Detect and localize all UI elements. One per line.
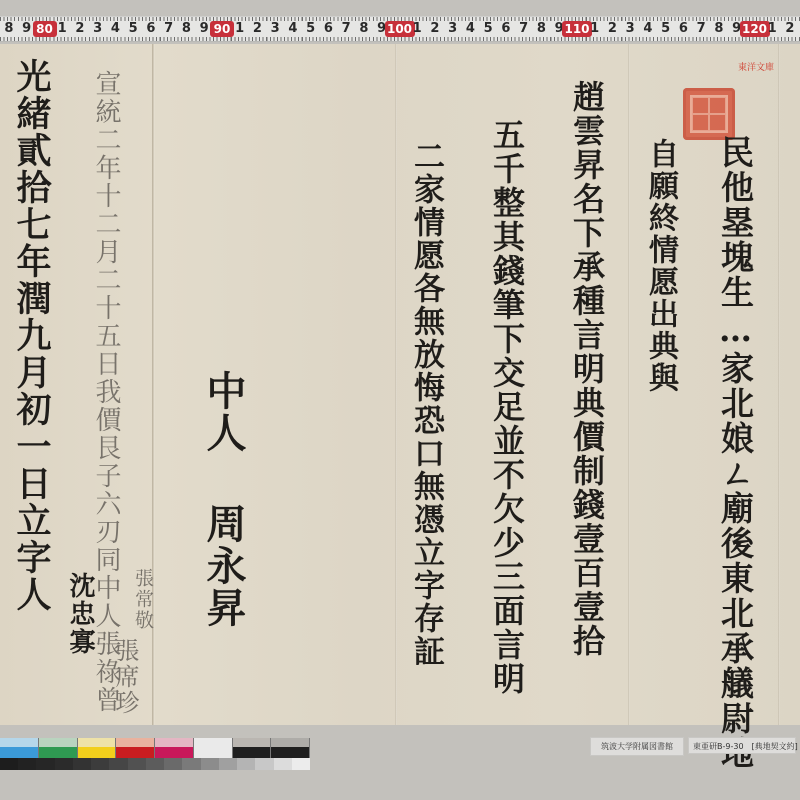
gray-step-patch — [91, 758, 109, 770]
gray-step-patch — [274, 758, 292, 770]
gray-step-patch — [109, 758, 127, 770]
gray-step-patch — [18, 758, 36, 770]
ruler-mark: 2 — [249, 21, 267, 37]
color-patch — [39, 738, 78, 758]
gray-step-patch — [146, 758, 164, 770]
red-seal-stamp — [683, 88, 735, 140]
ruler-mark: 5 — [302, 21, 320, 37]
fold-line — [778, 44, 780, 725]
ruler-mark: 3 — [266, 21, 284, 37]
ruler-mark: 1 — [763, 21, 781, 37]
ruler-mark: 3 — [89, 21, 107, 37]
color-patch — [116, 738, 155, 758]
middleman-signature: 中人 周永昇 — [195, 370, 252, 629]
ruler-mark: 2 — [781, 21, 799, 37]
measuring-ruler: 8980123456789901234567891001234567891101… — [0, 16, 800, 42]
ruler-mark: 1 — [586, 21, 604, 37]
text-column-3: 趙雲昇名下承種言明典價制錢壹百壹拾 — [564, 80, 610, 658]
ruler-mark: 6 — [675, 21, 693, 37]
text-column-4: 五千整其錢筆下交足並不欠少三面言明 — [484, 118, 530, 696]
gray-step-patch — [55, 758, 73, 770]
annotation-name-1: 張常敬 — [130, 568, 157, 631]
ruler-mark: 1 — [53, 21, 71, 37]
ruler-mark: 8 — [355, 21, 373, 37]
library-label: 筑波大学附属図書館 — [590, 737, 684, 756]
ruler-mark: 2 — [426, 21, 444, 37]
ruler-mark: 4 — [639, 21, 657, 37]
ruler-mark: 8 — [178, 21, 196, 37]
ruler-mark: 3 — [444, 21, 462, 37]
ruler-mark: 2 — [604, 21, 622, 37]
gray-step-patch — [128, 758, 146, 770]
ruler-mark: 4 — [462, 21, 480, 37]
color-patch — [271, 738, 310, 758]
gray-step-patch — [0, 758, 18, 770]
color-patch — [78, 738, 117, 758]
gray-step-patch — [73, 758, 91, 770]
color-patch — [233, 738, 272, 758]
ruler-mark: 7 — [337, 21, 355, 37]
ruler-mark: 7 — [160, 21, 178, 37]
ruler-mark: 4 — [107, 21, 125, 37]
ruler-mark: 6 — [497, 21, 515, 37]
text-column-2: 自願終情愿出典與 — [638, 138, 682, 394]
fold-line — [628, 44, 630, 725]
catalog-label: 東亜研B-9-30 [典地契文約] — [688, 737, 796, 754]
ruler-mark: 6 — [142, 21, 160, 37]
text-column-5: 二家情愿各無放悔恐口無憑立字存証 — [404, 140, 449, 668]
gray-step-patch — [237, 758, 255, 770]
ruler-mark: 1 — [231, 21, 249, 37]
gray-step-patch — [219, 758, 237, 770]
ruler-mark: 8 — [710, 21, 728, 37]
ruler-mark: 7 — [692, 21, 710, 37]
gray-step-patch — [182, 758, 200, 770]
ruler-mark: 4 — [284, 21, 302, 37]
ruler-mark: 5 — [124, 21, 142, 37]
gray-step-patch — [36, 758, 54, 770]
ruler-mark: 8 — [533, 21, 551, 37]
text-column-1: 民他塁塊生…家北娘ㄥ廟後東北承艤尉地 — [712, 135, 759, 771]
gray-step-patch — [292, 758, 310, 770]
signer-name: 沈忠寡 — [62, 572, 99, 656]
color-patch — [155, 738, 194, 758]
color-patch — [194, 738, 233, 758]
ruler-mark: 6 — [320, 21, 338, 37]
color-patch — [0, 738, 39, 758]
ruler-mark: 8 — [0, 21, 18, 37]
ruler-mark: 5 — [657, 21, 675, 37]
gray-step-patch — [164, 758, 182, 770]
gray-step-patch — [255, 758, 273, 770]
ruler-mark: 3 — [621, 21, 639, 37]
annotation-name-2: 張席珍 — [108, 638, 143, 716]
fold-line — [395, 44, 397, 725]
color-calibration-chart — [0, 738, 310, 770]
ruler-mark: 5 — [479, 21, 497, 37]
ruler-mark: 2 — [71, 21, 89, 37]
date-signer-column: 光緒貳拾七年潤九月初一日立字人 — [6, 58, 56, 613]
ruler-mark: 1 — [408, 21, 426, 37]
gray-step-patch — [201, 758, 219, 770]
collection-stamp: 東洋文庫 — [738, 60, 774, 73]
ruler-mark: 7 — [515, 21, 533, 37]
